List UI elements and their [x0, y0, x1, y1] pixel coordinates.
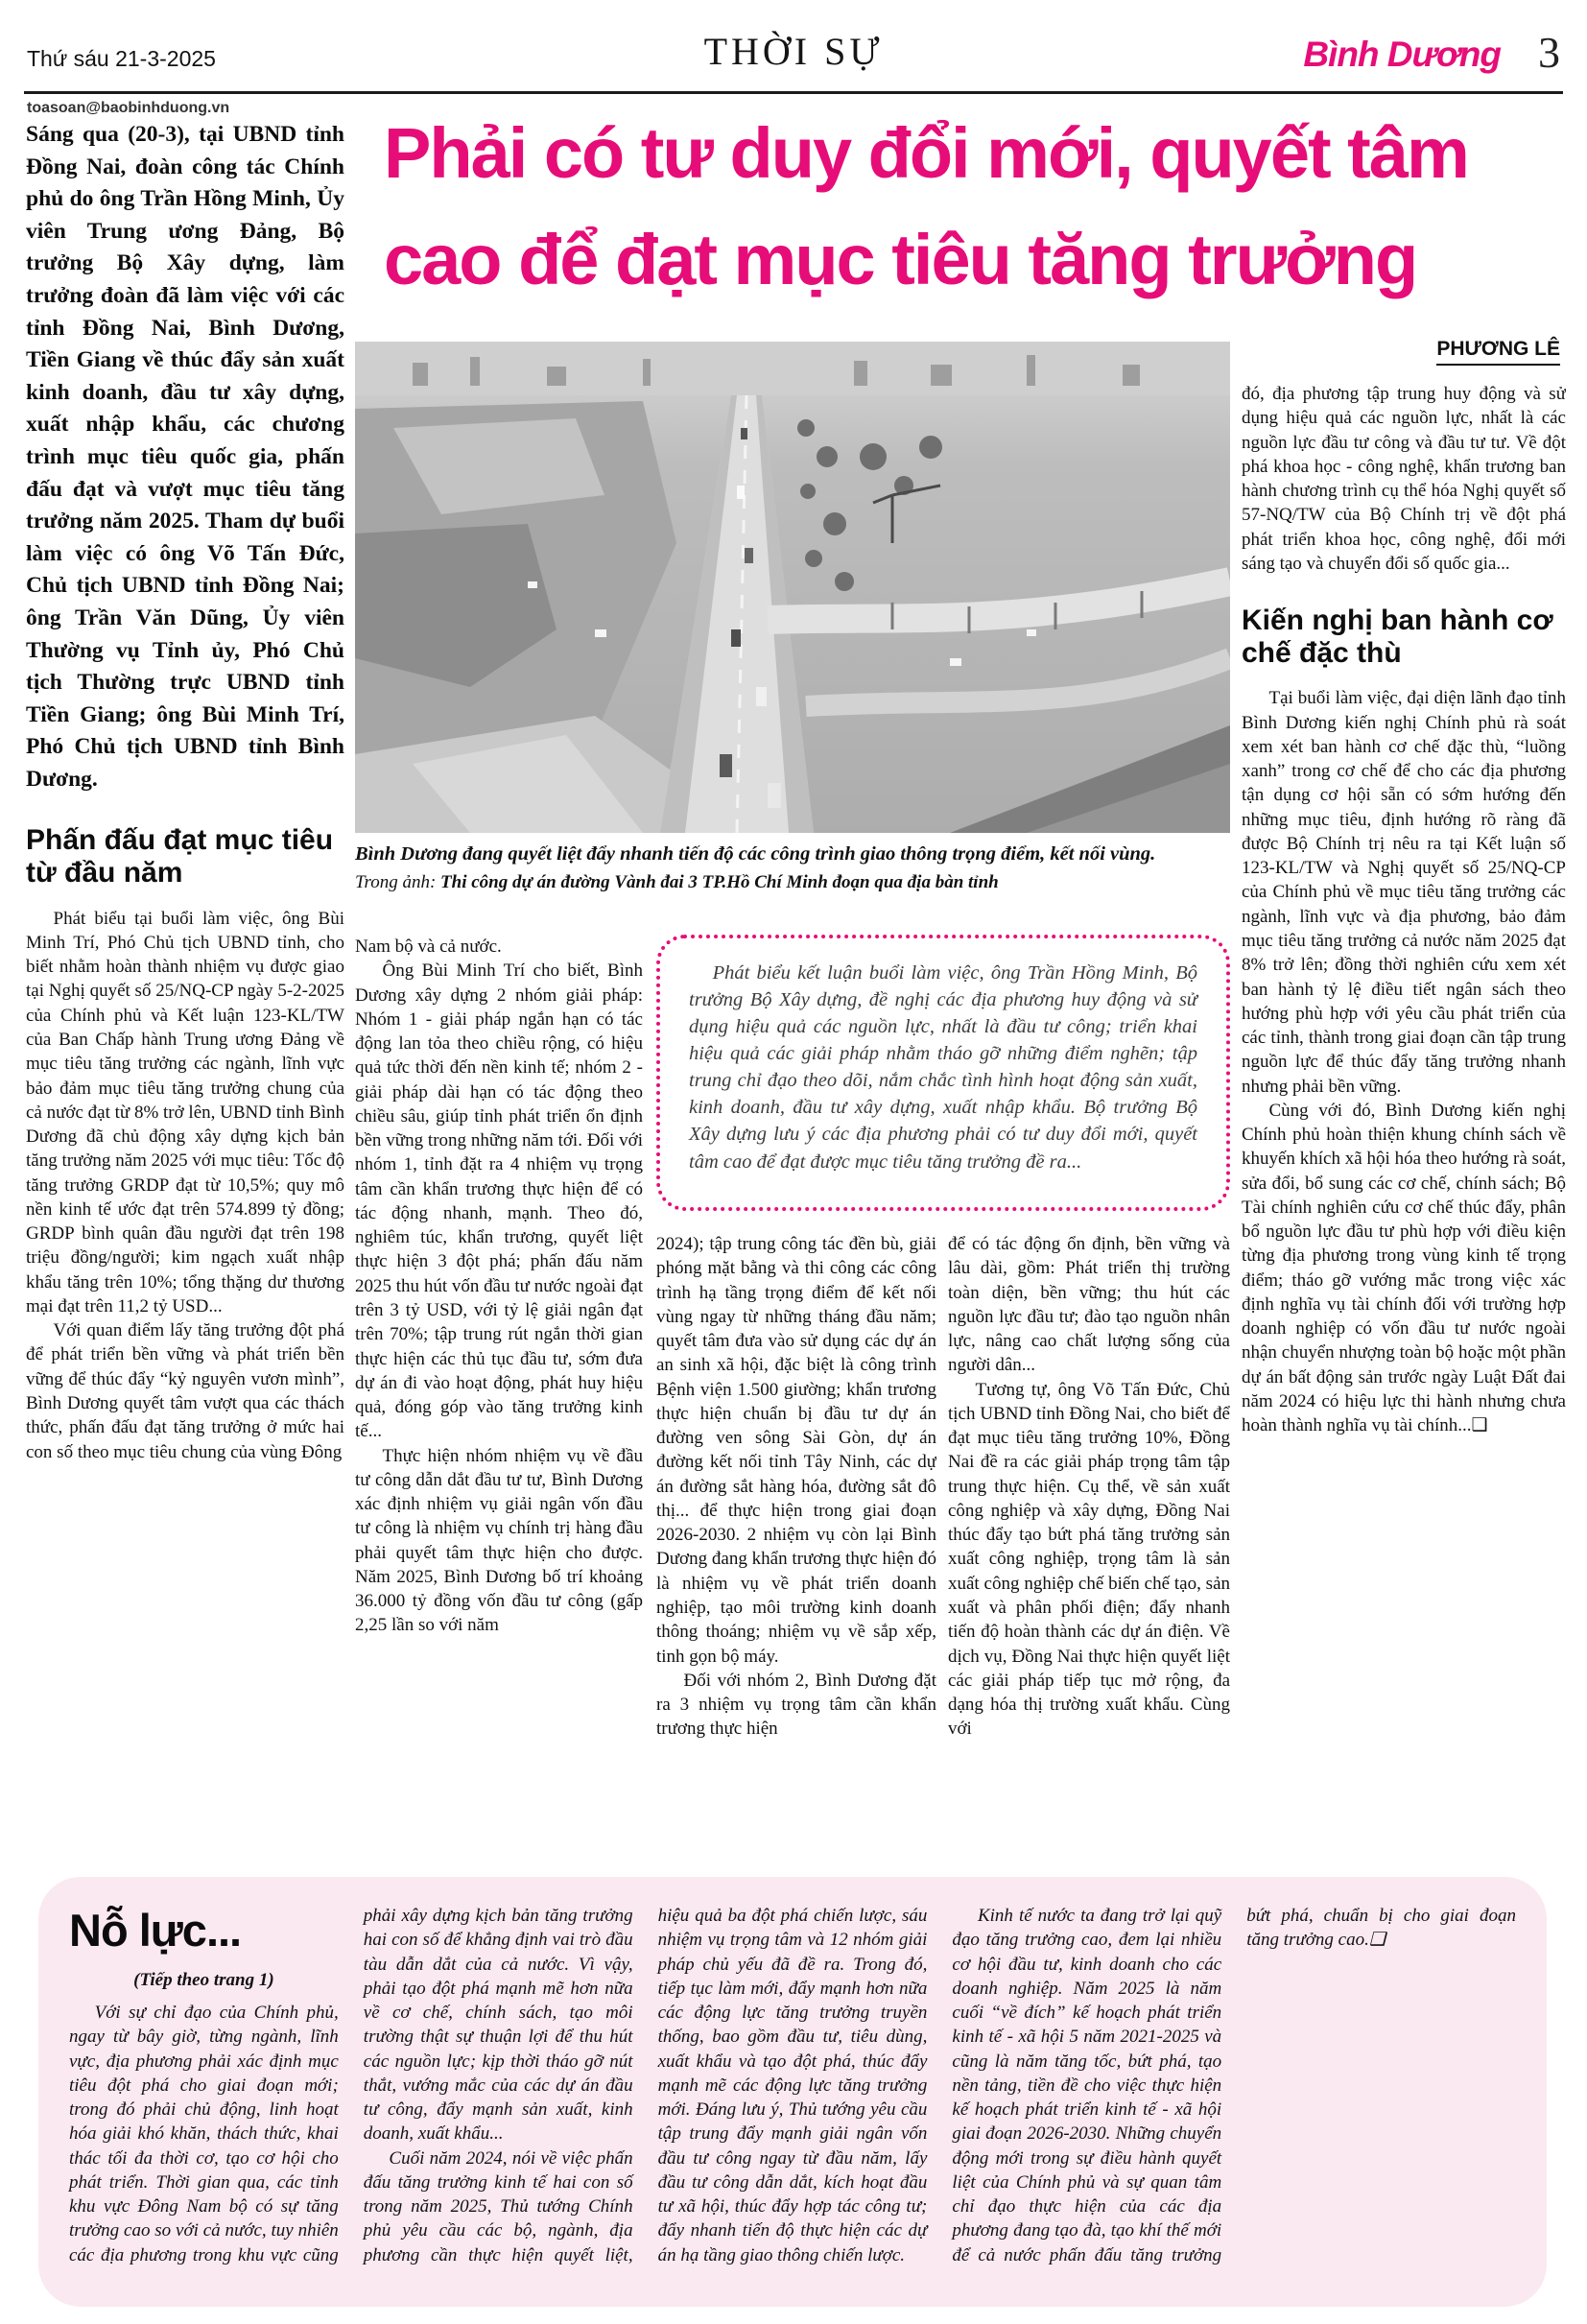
header-rule: [24, 91, 1563, 94]
paragraph: đó, địa phương tập trung huy động và sử …: [1242, 382, 1566, 576]
text-column-4: để có tác động ổn định, bền vững và lâu …: [948, 1232, 1230, 1852]
article-photo: [355, 342, 1230, 833]
paragraph: Kinh tế nước ta đang trở lại quỹ đạo tăn…: [952, 1904, 1516, 2280]
paragraph: Tương tự, ông Võ Tấn Đức, Chủ tịch UBND …: [948, 1378, 1230, 1742]
paragraph: Với quan điểm lấy tăng trưởng đột phá để…: [26, 1318, 344, 1464]
construction-aerial-illustration: [355, 342, 1230, 833]
pull-quote-box: Phát biểu kết luận buổi làm việc, ông Tr…: [656, 935, 1230, 1211]
photo-caption-line1: Bình Dương đang quyết liệt đẩy nhanh tiế…: [355, 842, 1230, 867]
byline: PHƯƠNG LÊ: [1436, 338, 1560, 366]
text-column-3: 2024); tập trung công tác đền bù, giải p…: [656, 1232, 936, 1852]
caption-prefix: Trong ảnh:: [355, 872, 440, 892]
photo-caption-line2: Trong ảnh: Thi công dự án đường Vành đai…: [355, 871, 1230, 894]
subhead-phan-dau: Phấn đấu đạt mục tiêu từ đầu năm: [26, 824, 344, 889]
text-column-2: Nam bộ và cả nước. Ông Bùi Minh Trí cho …: [355, 935, 643, 1852]
paragraph: Tại buổi làm việc, đại diện lãnh đạo tỉn…: [1242, 686, 1566, 1099]
paragraph: Ông Bùi Minh Trí cho biết, Bình Dương xâ…: [355, 959, 643, 1443]
pull-quote-text: Phát biểu kết luận buổi làm việc, ông Tr…: [689, 962, 1197, 1173]
continuation-columns: Nỗ lực... (Tiếp theo trang 1) Với sự chỉ…: [69, 1904, 1516, 2280]
article-intro: Sáng qua (20-3), tại UBND tỉnh Đồng Nai,…: [26, 119, 344, 795]
page-number: 3: [1538, 27, 1560, 78]
caption-text: Thi công dự án đường Vành đai 3 TP.Hồ Ch…: [440, 872, 999, 892]
newspaper-logo: Bình Dương: [1303, 35, 1501, 75]
article-headline: Phải có tư duy đổi mới, quyết tâm cao để…: [384, 100, 1574, 313]
continuation-heading: Nỗ lực...: [69, 1904, 339, 1956]
paragraph: Nam bộ và cả nước.: [355, 935, 643, 959]
left-column: Sáng qua (20-3), tại UBND tỉnh Đồng Nai,…: [26, 119, 344, 1858]
paragraph: Thực hiện nhóm nhiệm vụ về đầu tư công d…: [355, 1444, 643, 1638]
subhead-kien-nghi: Kiến nghị ban hành cơ chế đặc thù: [1242, 605, 1566, 669]
continuation-box: Nỗ lực... (Tiếp theo trang 1) Với sự chỉ…: [38, 1877, 1547, 2307]
continued-from-note: (Tiếp theo trang 1): [69, 1970, 339, 1991]
contact-email: toasoan@baobinhduong.vn: [27, 100, 229, 117]
paragraph: Đối với nhóm 2, Bình Dương đặt ra 3 nhiệ…: [656, 1669, 936, 1742]
newspaper-page: Thứ sáu 21-3-2025 THỜI SỰ Bình Dương 3 t…: [0, 0, 1587, 2324]
paragraph: 2024); tập trung công tác đền bù, giải p…: [656, 1232, 936, 1669]
text-column-right: đó, địa phương tập trung huy động và sử …: [1242, 382, 1566, 1852]
paragraph: Phát biểu tại buổi làm việc, ông Bùi Min…: [26, 907, 344, 1319]
paragraph: Cùng với đó, Bình Dương kiến nghị Chính …: [1242, 1099, 1566, 1438]
paragraph: để có tác động ổn định, bền vững và lâu …: [948, 1232, 1230, 1378]
